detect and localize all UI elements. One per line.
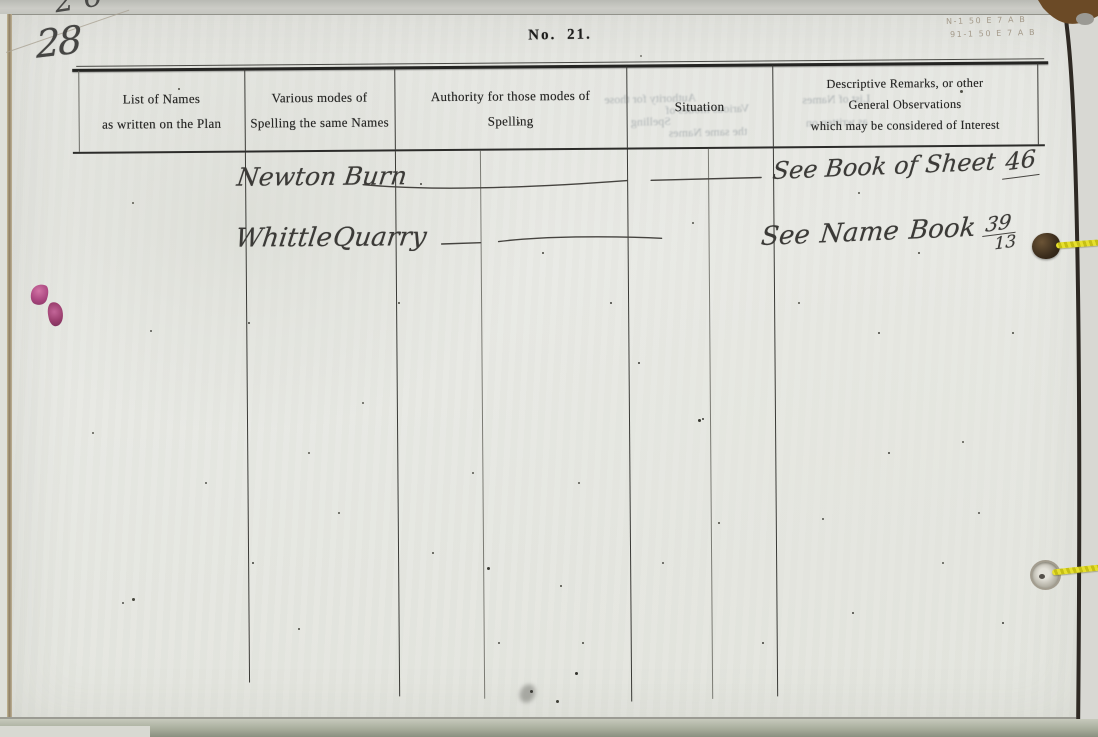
scanned-page: 26 28 No. 21. N-1 50 E 7 A B 91-1 50 E 7… <box>0 0 1098 737</box>
column-divider-3 <box>627 150 632 702</box>
previous-page-edge: 26 <box>0 0 1064 15</box>
ditto-line-row2-a <box>442 243 481 244</box>
sheet-reference: 46 <box>1002 144 1039 180</box>
column-header-situation: Situation <box>626 65 773 147</box>
entry-row2-name: Whittle Quarry <box>234 222 429 254</box>
binding-string-top <box>1056 239 1098 248</box>
column-header-spellings: Various modes of Spelling the same Names <box>244 68 395 150</box>
ditto-line-row2-b <box>499 236 662 241</box>
column-subdivider-1 <box>480 151 485 699</box>
corner-stamp-line1: N-1 50 E 7 A B <box>946 15 1027 26</box>
ditto-line-row1-b <box>651 177 761 180</box>
name-book-table: Authority for those Spelling Various mod… <box>60 32 1057 705</box>
next-page-edge <box>1066 0 1098 737</box>
page-bottom-edge-band <box>0 719 1098 737</box>
entry-row2-remarks: See Name Book3913 <box>759 208 1018 257</box>
binding-clip <box>1076 13 1094 25</box>
column-header-names: List of Names as written on the Plan <box>78 70 245 152</box>
left-page-edge <box>0 14 7 726</box>
page-edge-shadow-line <box>1064 0 1079 737</box>
column-header-remarks: Descriptive Remarks, or other General Ob… <box>772 63 1038 146</box>
ink-blot <box>28 282 51 307</box>
column-header-authority: Authority for those modes of Spelling <box>394 67 627 150</box>
entry-row1-name: Newton Burn <box>235 161 409 191</box>
entry-row1-remarks: See Book of Sheet46 <box>771 146 1041 188</box>
column-subdivider-2 <box>708 149 713 699</box>
book-reference-fraction: 3913 <box>983 212 1016 254</box>
underlying-page-corner <box>0 726 150 737</box>
left-page-edge-line <box>7 14 12 726</box>
binding-string-bottom <box>1052 565 1098 576</box>
partial-folio-number: 26 <box>52 0 115 15</box>
